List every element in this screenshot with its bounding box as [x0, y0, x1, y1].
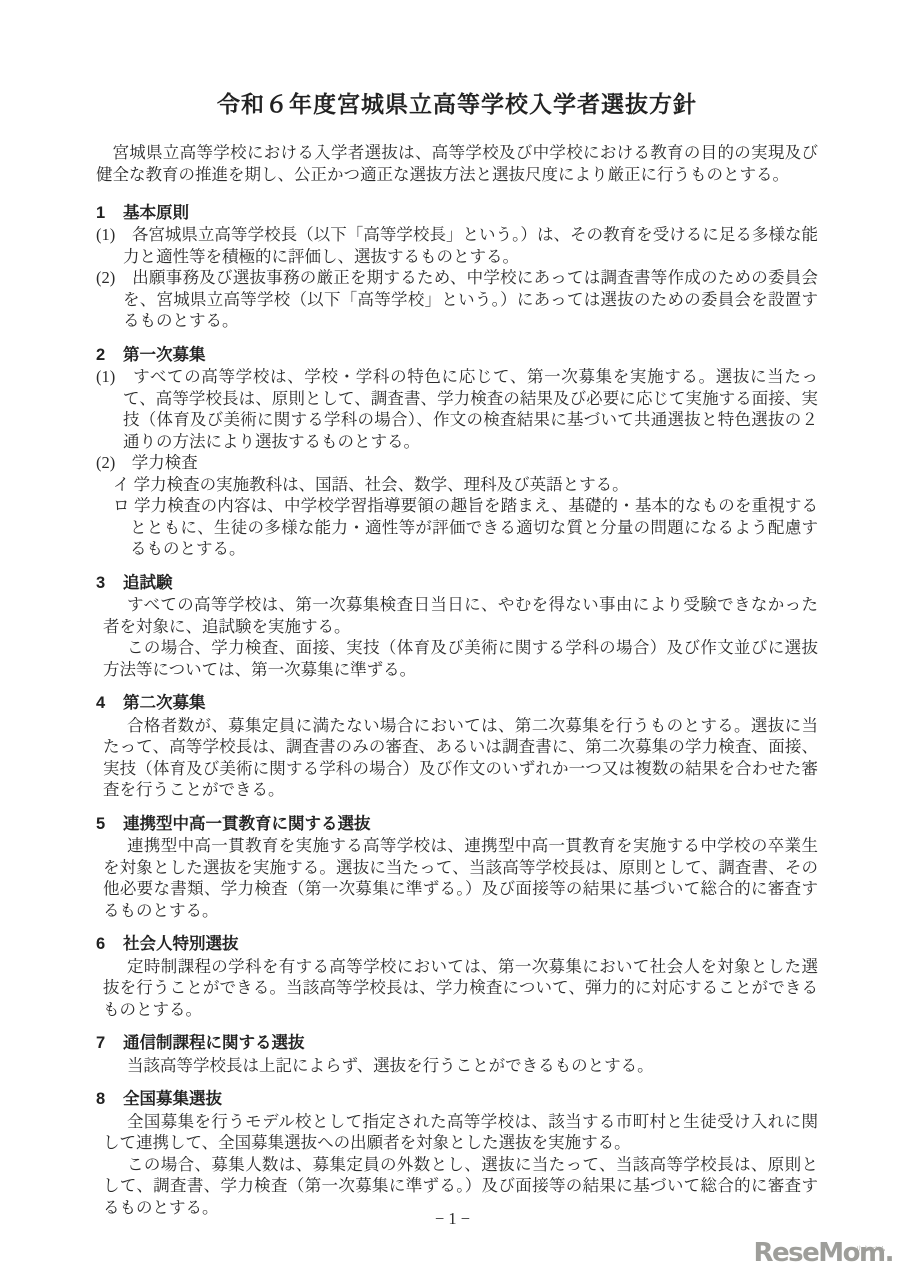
numbered-item: (2) 出願事務及び選抜事務の厳正を期するため、中学校にあっては調査書等作成のた…	[123, 267, 818, 332]
section-number: 6	[96, 934, 123, 956]
section-5: 5連携型中高一貫教育に関する選抜連携型中高一貫教育を実施する高等学校は、連携型中…	[96, 814, 818, 922]
body-paragraph: すべての高等学校は、第一次募集検査日当日に、やむを得ない事由により受験できなかっ…	[103, 594, 818, 637]
body-paragraph: この場合、学力検査、面接、実技（体育及び美術に関する学科の場合）及び作文並びに選…	[103, 637, 818, 680]
section-heading-label: 連携型中高一貫教育に関する選抜	[123, 815, 371, 833]
section-body: 定時制課程の学科を有する高等学校においては、第一次募集において社会人を対象とした…	[96, 956, 818, 1021]
item-gap	[115, 268, 132, 287]
body-paragraph: 全国募集を行うモデル校として指定された高等学校は、該当する市町村と生徒受け入れに…	[103, 1111, 818, 1154]
section-heading: 2第一次募集	[96, 345, 818, 367]
section-body: すべての高等学校は、第一次募集検査日当日に、やむを得ない事由により受験できなかっ…	[96, 594, 818, 680]
section-4: 4第二次募集合格者数が、募集定員に満たない場合においては、第二次募集を行うものと…	[96, 693, 818, 801]
item-gap	[115, 225, 132, 244]
section-1: 1基本原則(1) 各宮城県立高等学校長（以下「高等学校長」という。）は、その教育…	[96, 203, 818, 332]
section-heading-label: 第一次募集	[123, 346, 206, 364]
section-body: 全国募集を行うモデル校として指定された高等学校は、該当する市町村と生徒受け入れに…	[96, 1111, 818, 1219]
document-page: 令和６年度宮城県立高等学校入学者選抜方針 宮城県立高等学校における入学者選抜は、…	[0, 0, 905, 1280]
sections-container: 1基本原則(1) 各宮城県立高等学校長（以下「高等学校長」という。）は、その教育…	[96, 203, 818, 1219]
section-number: 7	[96, 1033, 123, 1055]
section-2: 2第一次募集(1) すべての高等学校は、学校・学科の特色に応じて、第一次募集を実…	[96, 345, 818, 560]
section-body: 合格者数が、募集定員に満たない場合においては、第二次募集を行うものとする。選抜に…	[96, 715, 818, 801]
section-heading-label: 基本原則	[123, 204, 189, 222]
section-heading: 7通信制課程に関する選抜	[96, 1033, 818, 1055]
section-heading: 3追試験	[96, 573, 818, 595]
section-8: 8全国募集選抜全国募集を行うモデル校として指定された高等学校は、該当する市町村と…	[96, 1089, 818, 1218]
intro-paragraph: 宮城県立高等学校における入学者選抜は、高等学校及び中学校における教育の目的の実現…	[96, 143, 818, 186]
item-label: (2)	[96, 268, 115, 287]
item-text: 出願事務及び選抜事務の厳正を期するため、中学校にあっては調査書等作成のための委員…	[123, 268, 818, 330]
item-text: すべての高等学校は、学校・学科の特色に応じて、第一次募集を実施する。選抜に当たっ…	[123, 367, 818, 451]
page-title: 令和６年度宮城県立高等学校入学者選抜方針	[96, 90, 818, 118]
body-paragraph: 連携型中高一貫教育を実施する高等学校は、連携型中高一貫教育を実施する中学校の卒業…	[103, 835, 818, 921]
section-heading: 4第二次募集	[96, 693, 818, 715]
body-paragraph: 合格者数が、募集定員に満たない場合においては、第二次募集を行うものとする。選抜に…	[103, 715, 818, 801]
section-body: 連携型中高一貫教育を実施する高等学校は、連携型中高一貫教育を実施する中学校の卒業…	[96, 835, 818, 921]
section-7: 7通信制課程に関する選抜当該高等学校長は上記によらず、選抜を行うことができるもの…	[96, 1033, 818, 1076]
item-gap	[115, 453, 132, 472]
subitem-label: ロ	[113, 496, 130, 515]
item-gap	[115, 367, 133, 386]
section-number: 5	[96, 814, 123, 836]
section-heading: 8全国募集選抜	[96, 1089, 818, 1111]
section-heading-label: 第二次募集	[123, 694, 206, 712]
item-text: 学力検査	[132, 453, 198, 472]
section-body: (1) 各宮城県立高等学校長（以下「高等学校長」という。）は、その教育を受けるに…	[96, 224, 818, 332]
subitem-text: 学力検査の実施教科は、国語、社会、数学、理科及び英語とする。	[134, 475, 629, 494]
item-label: (1)	[96, 225, 115, 244]
sub-item: ロ 学力検査の内容は、中学校学習指導要領の趣旨を踏まえ、基礎的・基本的なものを重…	[130, 495, 818, 560]
numbered-item: (1) すべての高等学校は、学校・学科の特色に応じて、第一次募集を実施する。選抜…	[123, 366, 818, 452]
body-paragraph: 当該高等学校長は上記によらず、選抜を行うことができるものとする。	[103, 1055, 818, 1077]
section-number: 4	[96, 693, 123, 715]
section-6: 6社会人特別選抜定時制課程の学科を有する高等学校においては、第一次募集において社…	[96, 934, 818, 1020]
section-heading-label: 追試験	[123, 574, 173, 592]
section-body: 当該高等学校長は上記によらず、選抜を行うことができるものとする。	[96, 1055, 818, 1077]
body-paragraph: 定時制課程の学科を有する高等学校においては、第一次募集において社会人を対象とした…	[103, 956, 818, 1021]
section-heading: 5連携型中高一貫教育に関する選抜	[96, 814, 818, 836]
sub-item: イ 学力検査の実施教科は、国語、社会、数学、理科及び英語とする。	[130, 474, 818, 496]
section-3: 3追試験すべての高等学校は、第一次募集検査日当日に、やむを得ない事由により受験で…	[96, 573, 818, 681]
section-heading-label: 社会人特別選抜	[123, 935, 239, 953]
subitem-label: イ	[113, 475, 130, 494]
resemom-logo-ruby: リセマム	[855, 1234, 887, 1264]
section-heading: 6社会人特別選抜	[96, 934, 818, 956]
numbered-item: (1) 各宮城県立高等学校長（以下「高等学校長」という。）は、その教育を受けるに…	[123, 224, 818, 267]
resemom-logo: ReseMom. リセマム	[754, 1238, 893, 1268]
item-label: (2)	[96, 453, 115, 472]
section-heading: 1基本原則	[96, 203, 818, 225]
section-number: 2	[96, 345, 123, 367]
document-content: 令和６年度宮城県立高等学校入学者選抜方針 宮城県立高等学校における入学者選抜は、…	[96, 0, 818, 1218]
page-number: − 1 −	[0, 1209, 905, 1229]
section-heading-label: 通信制課程に関する選抜	[123, 1034, 305, 1052]
item-text: 各宮城県立高等学校長（以下「高等学校長」という。）は、その教育を受けるに足る多様…	[123, 225, 818, 266]
subitem-text: 学力検査の内容は、中学校学習指導要領の趣旨を踏まえ、基礎的・基本的なものを重視す…	[130, 496, 818, 558]
section-number: 3	[96, 573, 123, 595]
section-body: (1) すべての高等学校は、学校・学科の特色に応じて、第一次募集を実施する。選抜…	[96, 366, 818, 560]
section-number: 1	[96, 203, 123, 225]
section-heading-label: 全国募集選抜	[123, 1090, 222, 1108]
section-number: 8	[96, 1089, 123, 1111]
numbered-item: (2) 学力検査	[123, 452, 818, 474]
item-label: (1)	[96, 367, 115, 386]
